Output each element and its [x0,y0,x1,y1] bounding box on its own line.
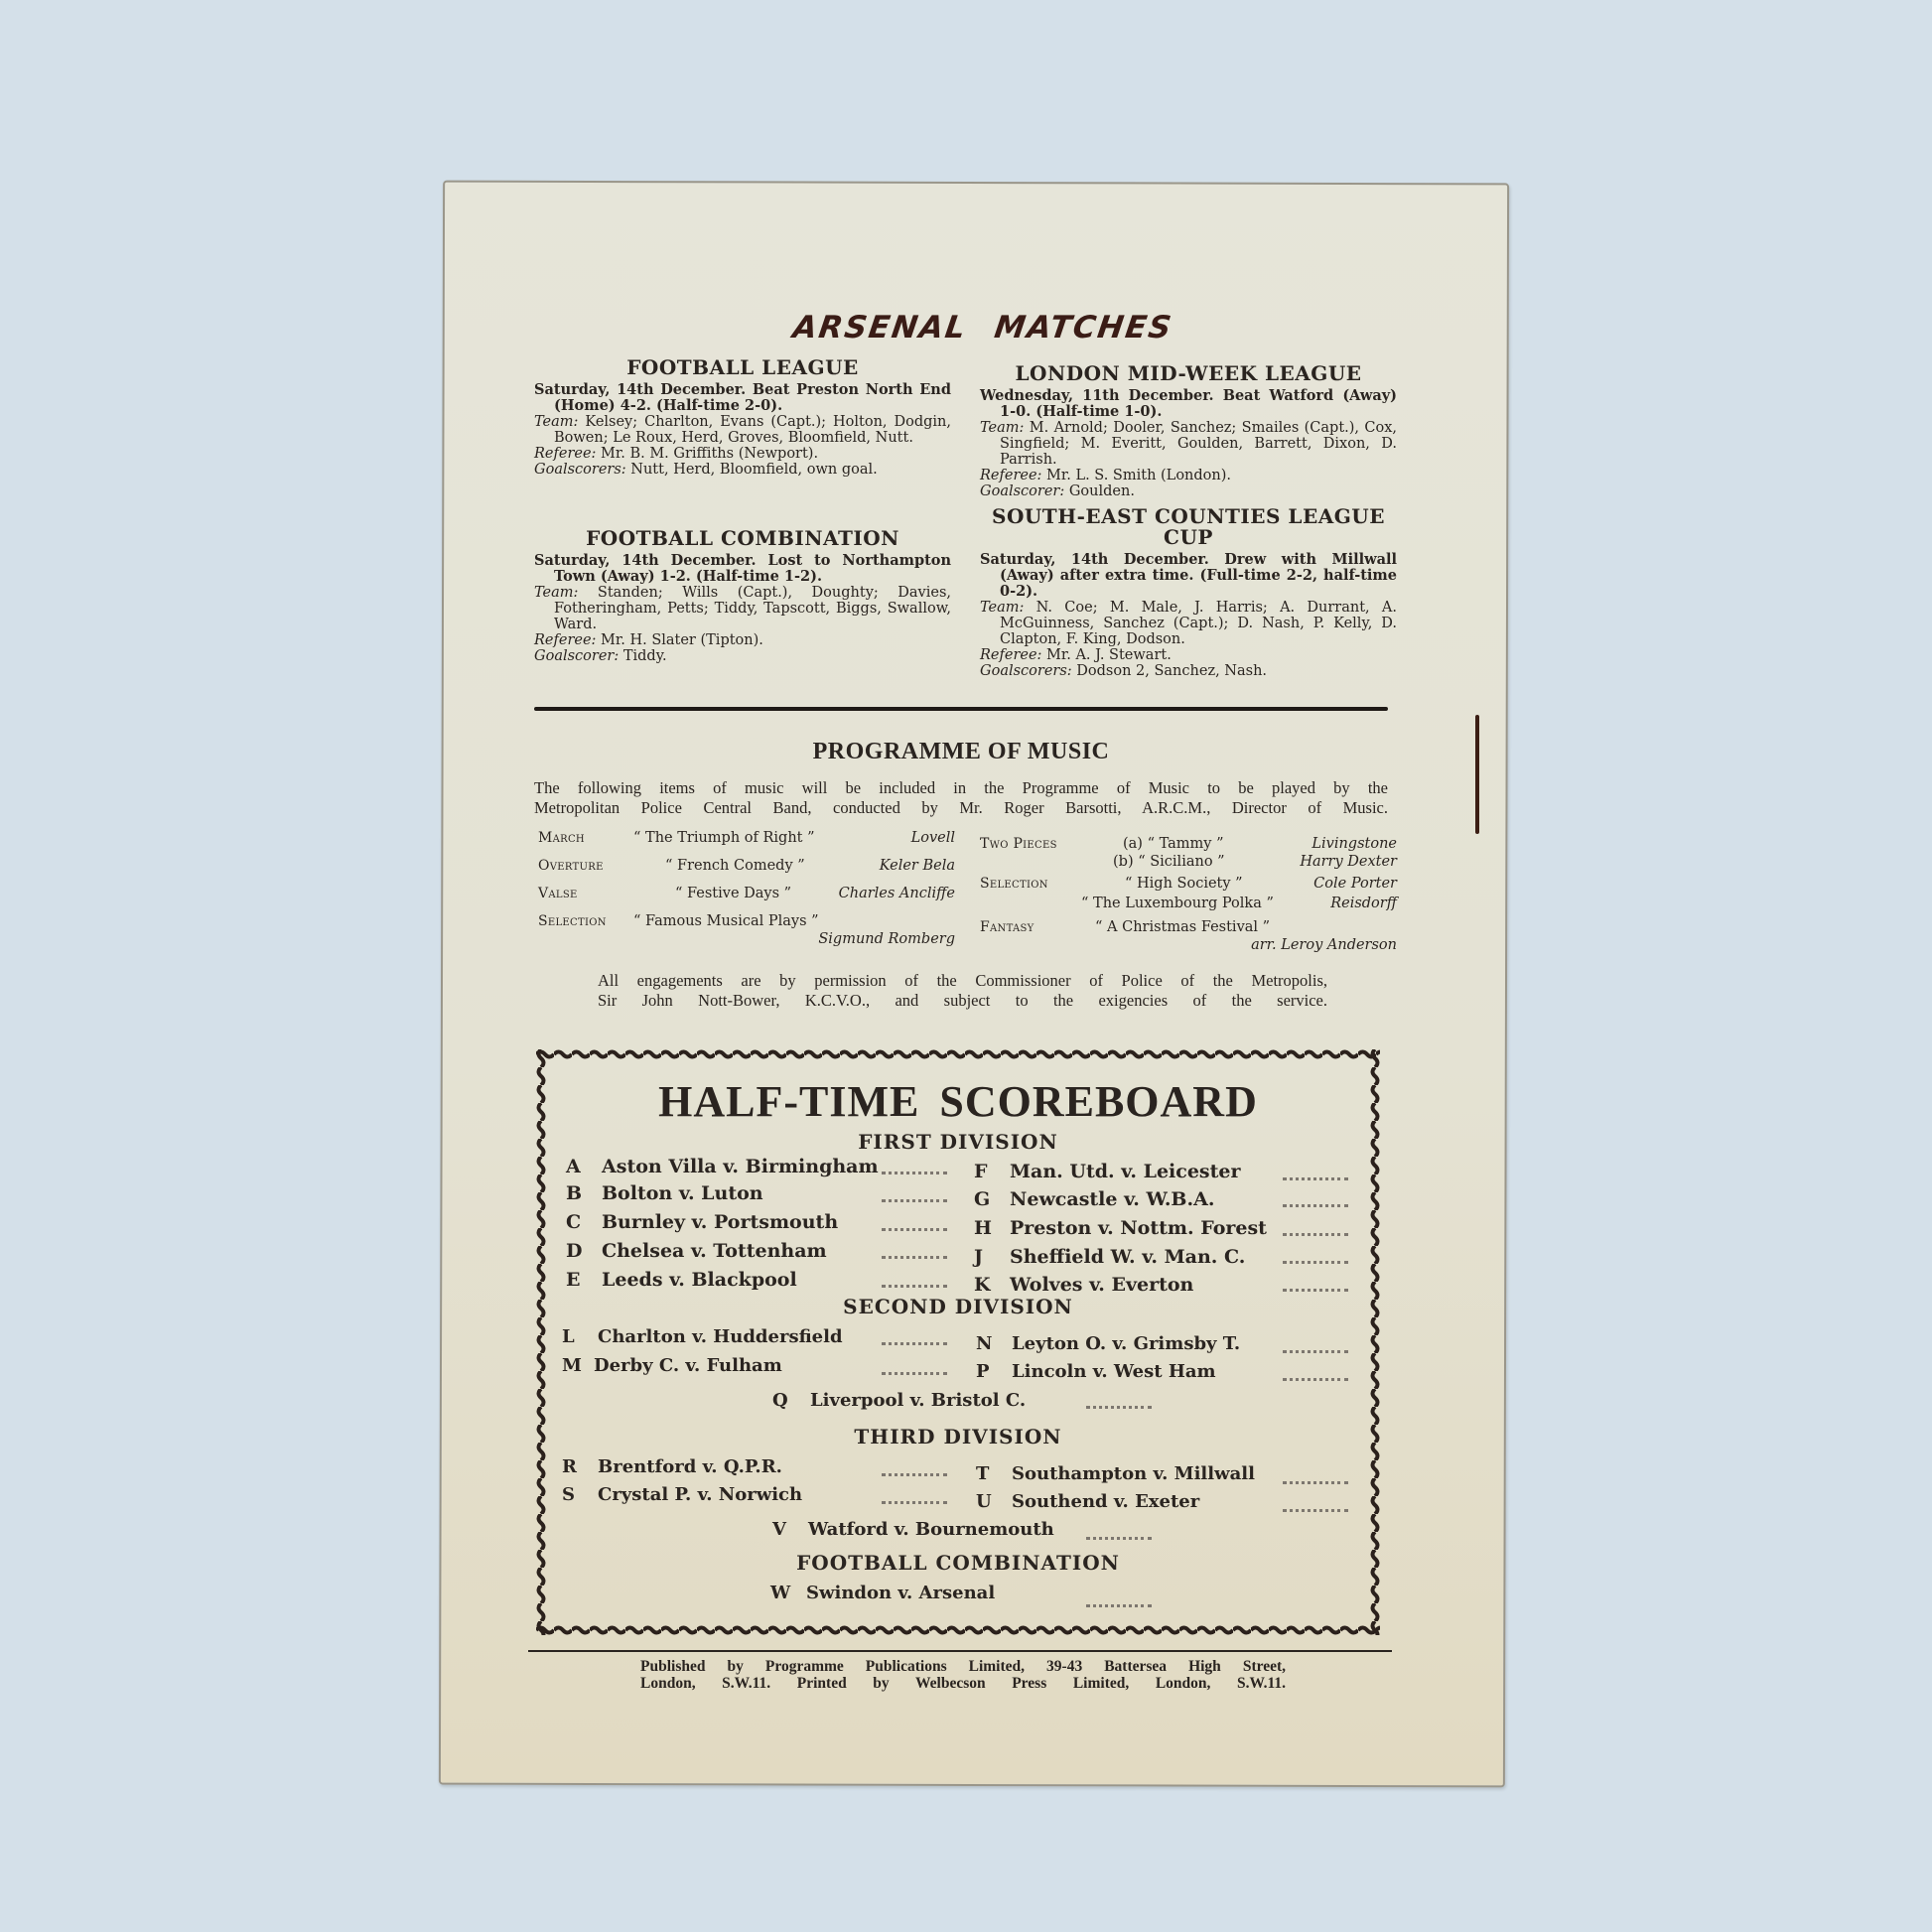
score-blank [882,1499,947,1504]
fixture-name: Lincoln v. West Ham [1012,1361,1216,1382]
fixture-name: Derby C. v. Fulham [594,1355,782,1376]
imprint-line: London, S.W.11. Printed by Welbecson Pre… [640,1675,1286,1692]
score-blank [1086,1535,1152,1540]
fixture-row: ELeeds v. Blackpool [566,1269,797,1291]
match-report-south-east-counties: SOUTH-EAST COUNTIES LEAGUE CUP Saturday,… [980,506,1397,679]
fixture-name: Preston v. Nottm. Forest [1010,1217,1267,1239]
match-result: Wednesday, 11th December. Beat Watford (… [980,388,1397,420]
fixture-row: VWatford v. Bournemouth [772,1519,1054,1540]
fixture-name: Charlton v. Huddersfield [598,1326,843,1347]
fixture-name: Wolves v. Everton [1010,1274,1193,1296]
scorers-label: Goalscorer: [980,483,1064,499]
fixture-letter: S [562,1484,598,1505]
scorers-list: Nutt, Herd, Bloomfield, own goal. [630,462,877,478]
music-item: Overture “ French Comedy ” Keler Bela [538,858,955,874]
fixture-row: GNewcastle v. W.B.A. [974,1188,1214,1210]
music-item: Fantasy “ A Christmas Festival ” arr. Le… [980,919,1397,935]
fixture-row: CBurnley v. Portsmouth [566,1211,838,1233]
scorers-list: Dodson 2, Sanchez, Nash. [1076,663,1267,679]
fixture-letter: T [976,1463,1012,1484]
score-blank [1283,1259,1348,1264]
fixture-row: WSwindon v. Arsenal [770,1583,995,1603]
match-report-london-midweek: LONDON MID-WEEK LEAGUE Wednesday, 11th D… [980,363,1397,499]
team-label: Team: [534,414,578,430]
division-heading-combination: FOOTBALL COMBINATION [536,1551,1380,1575]
fixture-letter: M [562,1355,594,1376]
fixture-name: Leeds v. Blackpool [602,1269,797,1291]
referee-name: Mr. H. Slater (Tipton). [601,632,763,648]
scoreboard-title: HALF-TIMESCOREBOARD [536,1076,1380,1127]
fixture-letter: Q [772,1390,810,1411]
fixture-letter: C [566,1211,602,1233]
music-piece: “ The Luxembourg Polka ” [1081,896,1274,911]
music-type: Valse [538,886,578,901]
team-label: Team: [534,585,578,601]
fixture-name: Aston Villa v. Birmingham [602,1156,879,1177]
fixture-row: TSouthampton v. Millwall [976,1463,1255,1484]
match-result: Saturday, 14th December. Drew with Millw… [980,552,1397,600]
team-label: Team: [980,600,1024,616]
fixture-row: SCrystal P. v. Norwich [562,1484,802,1505]
score-blank [882,1471,947,1476]
fixture-letter: H [974,1217,1010,1239]
match-report-football-league: FOOTBALL LEAGUE Saturday, 14th December.… [534,357,951,478]
score-blank [1283,1348,1348,1353]
section-heading: LONDON MID-WEEK LEAGUE [980,363,1397,384]
publisher-imprint: Published by Programme Publications Limi… [640,1658,1286,1692]
fixture-letter: K [974,1274,1010,1296]
footer-divider [528,1650,1392,1652]
fixture-row: USouthend v. Exeter [976,1491,1199,1512]
section-divider [534,707,1388,711]
music-piece: “ French Comedy ” [665,858,805,874]
referee-label: Referee: [980,647,1041,663]
fixture-name: Chelsea v. Tottenham [602,1240,827,1262]
scoreboard-title-word: SCOREBOARD [939,1077,1258,1126]
music-piece: “ High Society ” [1125,876,1243,892]
music-composer: Harry Dexter [1300,854,1397,870]
fixture-letter: E [566,1269,602,1291]
referee-name: Mr. B. M. Griffiths (Newport). [601,446,818,462]
fixture-letter: R [562,1456,598,1477]
score-blank [882,1197,947,1202]
referee-label: Referee: [980,468,1041,483]
music-item: Valse “ Festive Days ” Charles Ancliffe [538,886,955,901]
fixture-name: Man. Utd. v. Leicester [1010,1161,1241,1182]
fixture-letter: P [976,1361,1012,1382]
score-blank [882,1370,947,1375]
music-type: Two Pieces [980,836,1057,852]
music-composer: Sigmund Romberg [818,931,955,947]
score-blank [1086,1404,1152,1409]
fixture-row: JSheffield W. v. Man. C. [974,1246,1245,1268]
music-piece: “ A Christmas Festival ” [1095,919,1270,935]
score-blank [882,1254,947,1259]
music-piece: “ Festive Days ” [675,886,791,901]
score-blank [882,1226,947,1231]
scorers-list: Tiddy. [623,648,667,664]
music-item: Two Pieces (a) “ Tammy ” Livingstone [980,836,1397,852]
fixture-name: Watford v. Bournemouth [808,1519,1054,1540]
music-composer: Cole Porter [1313,876,1397,892]
music-composer: Livingstone [1311,836,1397,852]
fixture-row: FMan. Utd. v. Leicester [974,1161,1241,1182]
fixture-row: RBrentford v. Q.P.R. [562,1456,782,1477]
music-piece: “ Famous Musical Plays ” [633,913,819,929]
score-blank [882,1283,947,1288]
music-composer: Keler Bela [880,858,955,874]
match-result: Saturday, 14th December. Beat Preston No… [534,382,951,414]
page-edge-binding [1475,715,1479,834]
fixture-row: HPreston v. Nottm. Forest [974,1217,1267,1239]
score-blank [1086,1602,1152,1607]
fixture-name: Southampton v. Millwall [1012,1463,1255,1484]
fixture-letter: D [566,1240,602,1262]
match-result: Saturday, 14th December. Lost to Northam… [534,553,951,585]
score-blank [1283,1376,1348,1381]
referee-name: Mr. A. J. Stewart. [1046,647,1172,663]
permission-line: All engagements are by permission of the… [598,971,1327,991]
referee-name: Mr. L. S. Smith (London). [1046,468,1231,483]
fixture-row: QLiverpool v. Bristol C. [772,1390,1026,1411]
match-report-football-combination: FOOTBALL COMBINATION Saturday, 14th Dece… [534,528,951,664]
fixture-letter: U [976,1491,1012,1512]
fixture-letter: W [770,1583,806,1603]
music-list-right: Two Pieces (a) “ Tammy ” Livingstone (b)… [980,836,1397,965]
score-blank [1283,1287,1348,1292]
music-piece: (a) “ Tammy ” [1123,836,1224,852]
music-composer: Reisdorff [1330,896,1397,911]
music-item: Selection “ Famous Musical Plays ” Sigmu… [538,913,955,929]
music-type: Selection [980,876,1048,892]
scorers-label: Goalscorers: [980,663,1072,679]
score-blank [1283,1231,1348,1236]
fixture-row: BBolton v. Luton [566,1182,763,1204]
page-title: ARSENALMATCHES [761,310,1203,345]
fixture-name: Newcastle v. W.B.A. [1010,1188,1214,1210]
division-heading-second: SECOND DIVISION [536,1295,1380,1318]
scoreboard-title-word: HALF-TIME [658,1077,919,1126]
fixture-letter: B [566,1182,602,1204]
section-heading: FOOTBALL LEAGUE [534,357,951,378]
referee-label: Referee: [534,632,596,648]
music-composer: Charles Ancliffe [839,886,955,901]
fixture-letter: L [562,1326,598,1347]
team-list: Standen; Wills (Capt.), Doughty; Davies,… [554,585,951,632]
score-blank [882,1170,947,1174]
fixture-letter: N [976,1333,1012,1354]
music-item: March “ The Triumph of Right ” Lovell [538,830,955,846]
fixture-row: DChelsea v. Tottenham [566,1240,827,1262]
fixture-row: PLincoln v. West Ham [976,1361,1216,1382]
referee-label: Referee: [534,446,596,462]
division-heading-third: THIRD DIVISION [536,1425,1380,1449]
scorers-label: Goalscorers: [534,462,626,478]
music-section-title: PROGRAMME OF MUSIC [534,739,1388,765]
fixture-row: KWolves v. Everton [974,1274,1193,1296]
permission-line: Sir John Nott-Bower, K.C.V.O., and subje… [598,991,1327,1011]
music-piece: “ The Triumph of Right ” [633,830,815,846]
music-intro: The following items of music will be inc… [534,778,1388,818]
fixture-name: Brentford v. Q.P.R. [598,1456,782,1477]
permission-notice: All engagements are by permission of the… [598,971,1327,1011]
fixture-name: Southend v. Exeter [1012,1491,1199,1512]
music-composer: arr. Leroy Anderson [1251,937,1397,953]
score-blank [1283,1507,1348,1512]
fixture-letter: G [974,1188,1010,1210]
scorers-label: Goalscorer: [534,648,619,664]
division-heading-first: FIRST DIVISION [536,1130,1380,1154]
music-type: Overture [538,858,604,874]
section-heading: FOOTBALL COMBINATION [534,528,951,549]
score-blank [1283,1479,1348,1484]
fixture-name: Crystal P. v. Norwich [598,1484,802,1505]
music-type: Fantasy [980,919,1035,935]
fixture-row: NLeyton O. v. Grimsby T. [976,1333,1240,1354]
score-blank [882,1340,947,1345]
team-list: N. Coe; M. Male, J. Harris; A. Durrant, … [1000,600,1397,647]
fixture-row: LCharlton v. Huddersfield [562,1326,843,1347]
fixture-name: Swindon v. Arsenal [806,1583,995,1603]
fixture-name: Sheffield W. v. Man. C. [1010,1246,1245,1268]
fixture-letter: F [974,1161,1010,1182]
music-type: March [538,830,585,846]
music-intro-line: Metropolitan Police Central Band, conduc… [534,798,1388,818]
imprint-line: Published by Programme Publications Limi… [640,1658,1286,1675]
fixture-letter: A [566,1156,602,1177]
score-blank [1283,1175,1348,1180]
team-list: Kelsey; Charlton, Evans (Capt.); Holton,… [554,414,951,446]
music-item: Selection “ High Society ” Cole Porter [980,876,1397,892]
fixture-name: Burnley v. Portsmouth [602,1211,838,1233]
fixture-name: Bolton v. Luton [602,1182,763,1204]
fixture-name: Liverpool v. Bristol C. [810,1390,1026,1411]
music-type: Selection [538,913,607,929]
scorers-list: Goulden. [1069,483,1135,499]
music-piece: (b) “ Siciliano ” [1113,854,1225,870]
fixture-letter: V [772,1519,808,1540]
team-label: Team: [980,420,1024,436]
fixture-row: MDerby C. v. Fulham [562,1355,782,1376]
section-heading: SOUTH-EAST COUNTIES LEAGUE CUP [980,506,1397,548]
fixture-name: Leyton O. v. Grimsby T. [1012,1333,1240,1354]
fixture-row: AAston Villa v. Birmingham [566,1156,879,1177]
team-list: M. Arnold; Dooler, Sanchez; Smailes (Cap… [1000,420,1397,468]
score-blank [1283,1202,1348,1207]
title-word-matches: MATCHES [992,310,1174,345]
music-intro-line: The following items of music will be inc… [534,778,1388,798]
music-composer: Lovell [911,830,955,846]
music-list-left: March “ The Triumph of Right ” Lovell Ov… [538,830,955,959]
title-word-arsenal: ARSENAL [790,310,969,345]
fixture-letter: J [974,1246,1010,1268]
